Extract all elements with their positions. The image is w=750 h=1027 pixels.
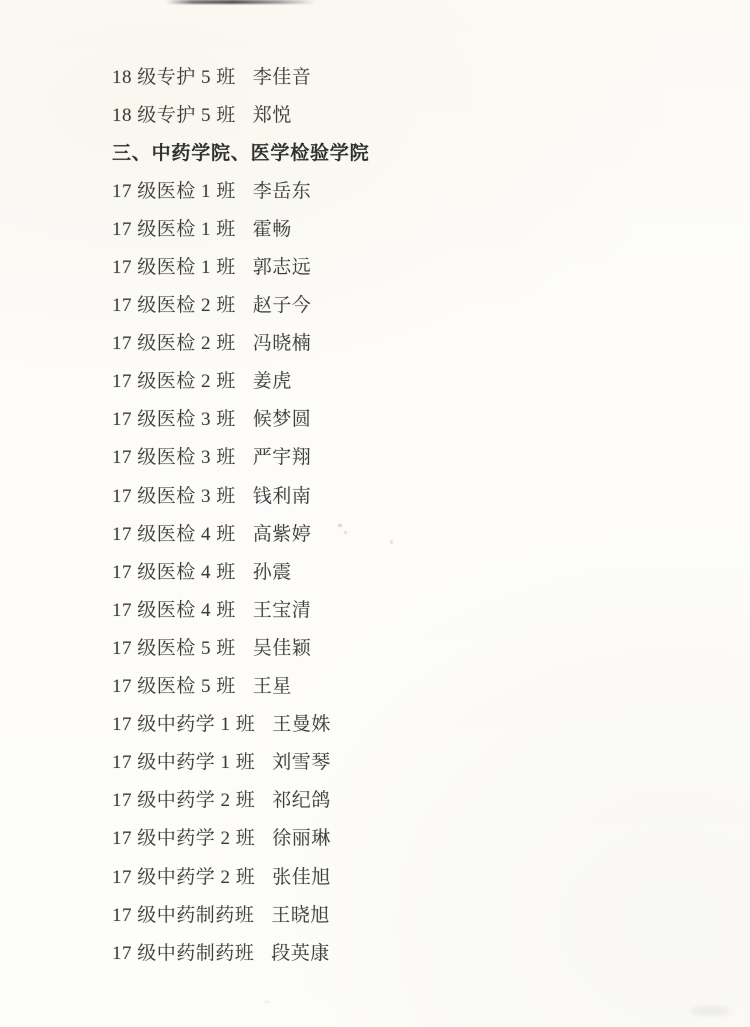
student-list-item: 17 级医检 5 班吴佳颖 xyxy=(112,627,710,665)
student-name: 高紫婷 xyxy=(253,519,312,546)
student-list-item: 17 级医检 4 班王宝清 xyxy=(112,589,710,627)
student-name: 姜虎 xyxy=(253,366,292,393)
student-name: 祁纪鸽 xyxy=(272,785,331,812)
student-name: 段英康 xyxy=(271,938,330,965)
student-list-item: 17 级医检 1 班李岳东 xyxy=(112,170,710,208)
student-name: 赵子今 xyxy=(253,290,312,317)
class-label: 17 级中药学 2 班 xyxy=(112,862,255,889)
class-label: 17 级中药学 2 班 xyxy=(112,823,255,850)
class-label: 17 级医检 1 班 xyxy=(112,176,236,203)
student-list-item: 17 级医检 2 班赵子今 xyxy=(112,285,710,323)
class-label: 17 级中药制药班 xyxy=(112,938,254,965)
student-list-item: 18 级专护 5 班李佳音 xyxy=(112,56,710,94)
student-list-item: 17 级医检 3 班严宇翔 xyxy=(112,437,710,475)
class-label: 17 级医检 2 班 xyxy=(112,328,236,355)
student-list-item: 17 级中药学 2 班徐丽琳 xyxy=(112,818,710,856)
class-label: 18 级专护 5 班 xyxy=(112,62,236,89)
student-list-item: 17 级中药学 1 班刘雪琴 xyxy=(112,742,710,780)
student-list-item: 17 级医检 4 班高紫婷 xyxy=(112,513,710,551)
class-label: 17 级医检 5 班 xyxy=(112,633,236,660)
student-name: 张佳旭 xyxy=(272,862,331,889)
class-label: 17 级医检 4 班 xyxy=(112,557,236,584)
class-label: 17 级中药制药班 xyxy=(112,900,254,927)
student-list-item: 17 级医检 3 班候梦圆 xyxy=(112,399,710,437)
student-list-item: 17 级中药制药班段英康 xyxy=(112,932,710,970)
class-label: 17 级医检 4 班 xyxy=(112,519,236,546)
class-label: 17 级医检 2 班 xyxy=(112,366,236,393)
class-label: 17 级中药学 1 班 xyxy=(112,747,255,774)
student-name: 李佳音 xyxy=(253,62,312,89)
student-list-item: 17 级中药制药班王晓旭 xyxy=(112,894,710,932)
student-name: 郑悦 xyxy=(253,100,292,127)
student-name: 徐丽琳 xyxy=(272,823,331,850)
scan-speck xyxy=(264,1001,270,1003)
student-list-item: 17 级医检 3 班钱利南 xyxy=(112,475,710,513)
student-list-item: 17 级中药学 2 班张佳旭 xyxy=(112,856,710,894)
class-label: 17 级医检 3 班 xyxy=(112,404,236,431)
student-name: 刘雪琴 xyxy=(272,747,331,774)
student-name: 王星 xyxy=(253,671,292,698)
student-list-item: 17 级医检 1 班郭志远 xyxy=(112,246,710,284)
class-label: 17 级医检 3 班 xyxy=(112,481,236,508)
section-heading: 三、中药学院、医学检验学院 xyxy=(112,132,710,170)
student-list-item: 17 级医检 1 班霍畅 xyxy=(112,208,710,246)
student-name: 郭志远 xyxy=(253,252,312,279)
student-name: 王晓旭 xyxy=(271,900,330,927)
student-list-item: 17 级医检 4 班孙震 xyxy=(112,551,710,589)
class-label: 17 级医检 1 班 xyxy=(112,252,236,279)
class-label: 17 级医检 4 班 xyxy=(112,595,236,622)
student-name: 严宇翔 xyxy=(253,442,312,469)
scan-artifact-bottom-smudge xyxy=(690,1006,730,1016)
student-list-item: 17 级医检 2 班姜虎 xyxy=(112,361,710,399)
student-name: 霍畅 xyxy=(253,214,292,241)
student-list-item: 17 级医检 2 班冯晓楠 xyxy=(112,323,710,361)
student-name: 王宝清 xyxy=(253,595,312,622)
student-name: 钱利南 xyxy=(253,481,312,508)
student-list-item: 17 级中药学 2 班祁纪鸽 xyxy=(112,780,710,818)
student-list: 18 级专护 5 班李佳音18 级专护 5 班郑悦三、中药学院、医学检验学院17… xyxy=(112,56,710,970)
class-label: 17 级医检 3 班 xyxy=(112,442,236,469)
scan-artifact-top-smudge xyxy=(166,0,316,4)
student-list-item: 17 级医检 5 班王星 xyxy=(112,666,710,704)
class-label: 17 级中药学 2 班 xyxy=(112,785,255,812)
class-label: 17 级医检 2 班 xyxy=(112,290,236,317)
student-name: 李岳东 xyxy=(253,176,312,203)
class-label: 17 级中药学 1 班 xyxy=(112,709,255,736)
student-name: 吴佳颖 xyxy=(253,633,312,660)
class-label: 18 级专护 5 班 xyxy=(112,100,236,127)
class-label: 17 级医检 1 班 xyxy=(112,214,236,241)
student-list-item: 18 级专护 5 班郑悦 xyxy=(112,94,710,132)
student-name: 王曼姝 xyxy=(272,709,331,736)
student-name: 候梦圆 xyxy=(253,404,312,431)
student-name: 孙震 xyxy=(253,557,292,584)
class-label: 17 级医检 5 班 xyxy=(112,671,236,698)
student-list-item: 17 级中药学 1 班王曼姝 xyxy=(112,704,710,742)
student-name: 冯晓楠 xyxy=(253,328,312,355)
